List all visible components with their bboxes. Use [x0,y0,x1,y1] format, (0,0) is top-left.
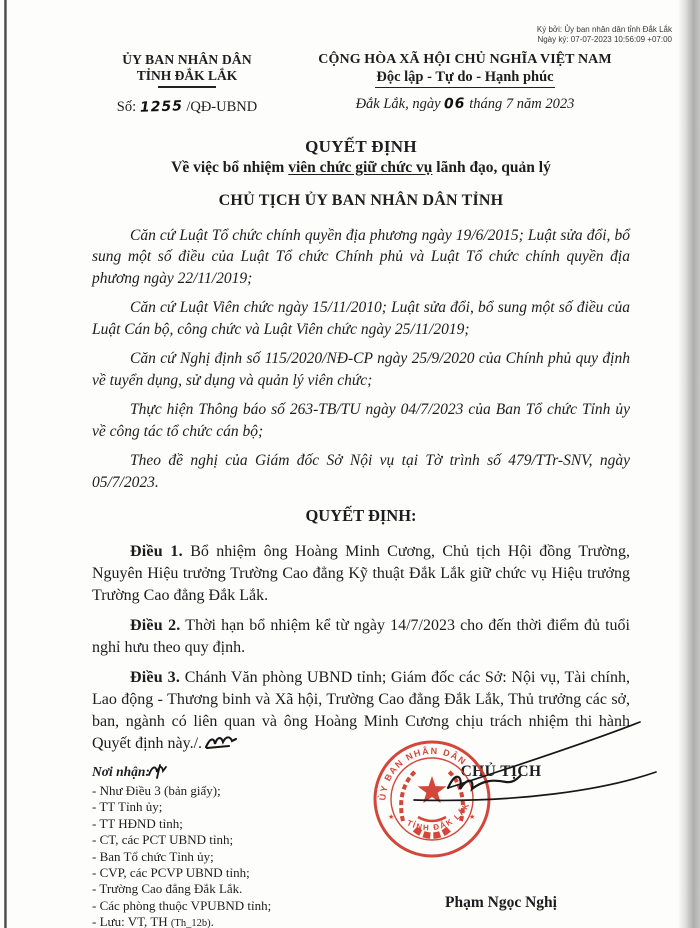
scan-edge-right [678,0,700,928]
issuer-name-line2: TỈNH ĐẮK LẮK [92,68,282,84]
preamble-paragraph: Căn cứ Luật Viên chức ngày 15/11/2010; L… [92,297,630,340]
seal-separator-star: ★ [469,813,475,821]
date-suffix: tháng 7 năm 2023 [466,96,575,112]
recipient-item: - CVP, các PCVP UBND tỉnh; [92,865,372,881]
recipient-luu-pre: - Lưu: VT, TH [92,914,171,928]
date-day-handwritten: 06 [444,96,466,113]
subject-underlined: viên chức giữ chức vụ [288,159,432,176]
document-number: Số: 1255 /QĐ-UBND [92,99,282,116]
issuing-authority: CHỦ TỊCH ỦY BAN NHÂN DÂN TỈNH [92,192,630,210]
preamble-paragraph: Căn cứ Nghị định số 115/2020/NĐ-CP ngày … [92,348,630,391]
preamble-section: Căn cứ Luật Tổ chức chính quyền địa phươ… [92,225,630,494]
preamble-paragraph: Thực hiện Thông báo số 263-TB/TU ngày 04… [92,399,630,442]
recipient-luu-post: . [211,914,214,928]
recipients-block: Nơi nhận: - Như Điều 3 (bản giấy); - TT … [92,763,372,928]
issuer-block: ỦY BAN NHÂN DÂN TỈNH ĐẮK LẮK Số: 1255 /Q… [92,52,282,116]
digital-signature-date: Ngày ký: 07-07-2023 10:56:09 +07:00 [537,35,672,45]
recipient-item: - Trường Cao đẳng Đắk Lắk. [92,881,372,897]
national-motto-line2: Độc lập - Tự do - Hạnh phúc [375,69,554,88]
recipient-item: - Ban Tổ chức Tỉnh ủy; [92,849,372,865]
document-number-handwritten: 1255 [139,98,183,115]
preamble-paragraph: Căn cứ Luật Tổ chức chính quyền địa phươ… [92,225,630,290]
place-date-line: Đắk Lắk, ngày 06 tháng 7 năm 2023 [300,96,630,113]
document-title: QUYẾT ĐỊNH [92,137,630,157]
recipients-label: Nơi nhận: [92,764,150,779]
issuer-name-line1: ỦY BAN NHÂN DÂN [92,52,282,68]
recipient-item: - CT, các PCT UBND tỉnh; [92,832,372,848]
document-page: Ký bởi: Ủy ban nhân dân tỉnh Đắk Lắk Ngà… [0,0,700,928]
article-1: Điều 1. Bổ nhiệm ông Hoàng Minh Cương, C… [92,541,630,607]
signer-name: Phạm Ngọc Nghị [372,894,630,912]
national-header-block: CỘNG HÒA XÃ HỘI CHỦ NGHĨA VIỆT NAM Độc l… [300,52,630,116]
article-1-label: Điều 1. [130,543,183,560]
recipient-item: - TT HĐND tỉnh; [92,816,372,832]
subject-pre: Về việc bổ nhiệm [171,159,288,176]
recipient-item-luu: - Lưu: VT, TH (Th_12b). [92,914,372,928]
title-block: QUYẾT ĐỊNH Về việc bổ nhiệm viên chức gi… [92,137,630,210]
digital-signature-info: Ký bởi: Ủy ban nhân dân tỉnh Đắk Lắk Ngà… [537,25,672,44]
handwritten-paraph [146,764,168,779]
date-prefix: Đắk Lắk, ngày [356,96,445,112]
document-header: ỦY BAN NHÂN DÂN TỈNH ĐẮK LẮK Số: 1255 /Q… [92,52,630,116]
preamble-paragraph: Theo đề nghị của Giám đốc Sở Nội vụ tại … [92,450,630,493]
issuer-underline [158,86,216,88]
recipient-luu-small: (Th_12b) [171,918,211,928]
handwritten-flourish [204,736,238,750]
subject-post: lãnh đạo, quản lý [432,159,550,176]
recipient-item: - Các phòng thuộc VPUBND tỉnh; [92,898,372,914]
document-subject: Về việc bổ nhiệm viên chức giữ chức vụ l… [92,159,630,177]
recipients-list: - Như Điều 3 (bản giấy); - TT Tỉnh ủy; -… [92,783,372,928]
decision-heading: QUYẾT ĐỊNH: [92,506,630,526]
national-motto-line1: CỘNG HÒA XÃ HỘI CHỦ NGHĨA VIỆT NAM [300,52,630,68]
seal-separator-star: ★ [388,813,394,821]
article-2: Điều 2. Thời hạn bổ nhiệm kể từ ngày 14/… [92,615,630,659]
recipient-item: - Như Điều 3 (bản giấy); [92,783,372,799]
document-number-prefix: Số: [117,99,136,115]
digital-signature-signer: Ký bởi: Ủy ban nhân dân tỉnh Đắk Lắk [537,25,672,35]
document-number-suffix: /QĐ-UBND [183,99,258,115]
handwritten-signature [398,708,660,813]
article-2-label: Điều 2. [130,617,181,634]
recipient-item: - TT Tỉnh ủy; [92,799,372,815]
scan-edge-left [4,0,7,928]
article-3-label: Điều 3. [130,669,180,686]
